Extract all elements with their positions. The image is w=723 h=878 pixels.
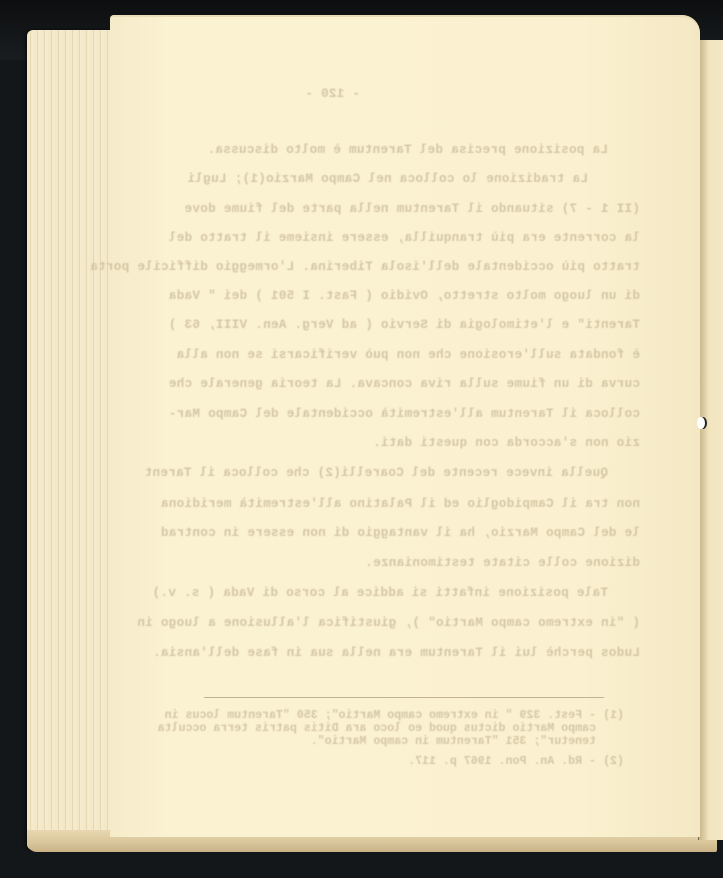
body-line: Ludos perchè lui il Tarentum era nella s… <box>153 646 640 660</box>
body-line: è fondata sull'erosione che non può veri… <box>176 348 640 362</box>
page-header: - 120 - <box>305 87 360 101</box>
body-line: zio non s'accorda con questi dati. <box>373 436 640 450</box>
body-line: di un luogo molto stretto, Ovidio ( Fast… <box>169 289 640 303</box>
body-line: La posizione precisa del Tarentum è molt… <box>207 143 608 157</box>
footnote-marker: (1) <box>603 709 624 722</box>
body-line: Tale posizione infatti si addice al cors… <box>152 586 608 600</box>
footnote-line: - Fest. 329 " in extremo campo Martio"; … <box>165 709 596 722</box>
body-line: la corrente era più tranquilla, essere i… <box>169 231 640 245</box>
page-notch <box>697 417 705 429</box>
body-line: le del Campo Marzio, ha il vantaggio di … <box>161 526 640 540</box>
page-stack-left-edge <box>27 30 117 850</box>
footnote-line: tenetur"; 351 "Tarentum in campo Martio"… <box>311 735 596 748</box>
body-line: tratto più occidentale dell'isola Tiberi… <box>90 260 640 274</box>
book-page: - 120 - La posizione precisa del Tarentu… <box>110 15 700 837</box>
body-line: (II 1 - 7) situando il Tarentum nella pa… <box>184 202 640 216</box>
body-line: Tarenti" e l'etimologia di Servio ( ad V… <box>169 318 640 332</box>
body-line: La tradizione lo colloca nel Campo Marzi… <box>187 172 588 186</box>
body-line: Quella invece recente del Coarelli(2) ch… <box>144 466 608 480</box>
footnote-line: campo Martio dictus quod eo loco ara Dit… <box>158 722 596 735</box>
facing-page-edge <box>698 40 723 840</box>
body-line: dizione colle citate testimonianze. <box>365 556 640 570</box>
body-line: colloca il Tarentum all'estremità occide… <box>169 407 640 421</box>
body-line: non tra il Campidoglio ed il Palatino al… <box>161 497 640 511</box>
footnote-line: - Rd. An. Pon. 1967 p. 117. <box>408 755 596 768</box>
footnote-marker: (2) <box>603 755 624 768</box>
body-line: curva di un fiume sulla riva concava. La… <box>169 377 640 391</box>
bleed-through-text: - 120 - La posizione precisa del Tarentu… <box>110 15 700 837</box>
footnote-rule <box>204 697 604 698</box>
body-line: ( "in extremo campo Martio" ), giustific… <box>137 616 640 630</box>
